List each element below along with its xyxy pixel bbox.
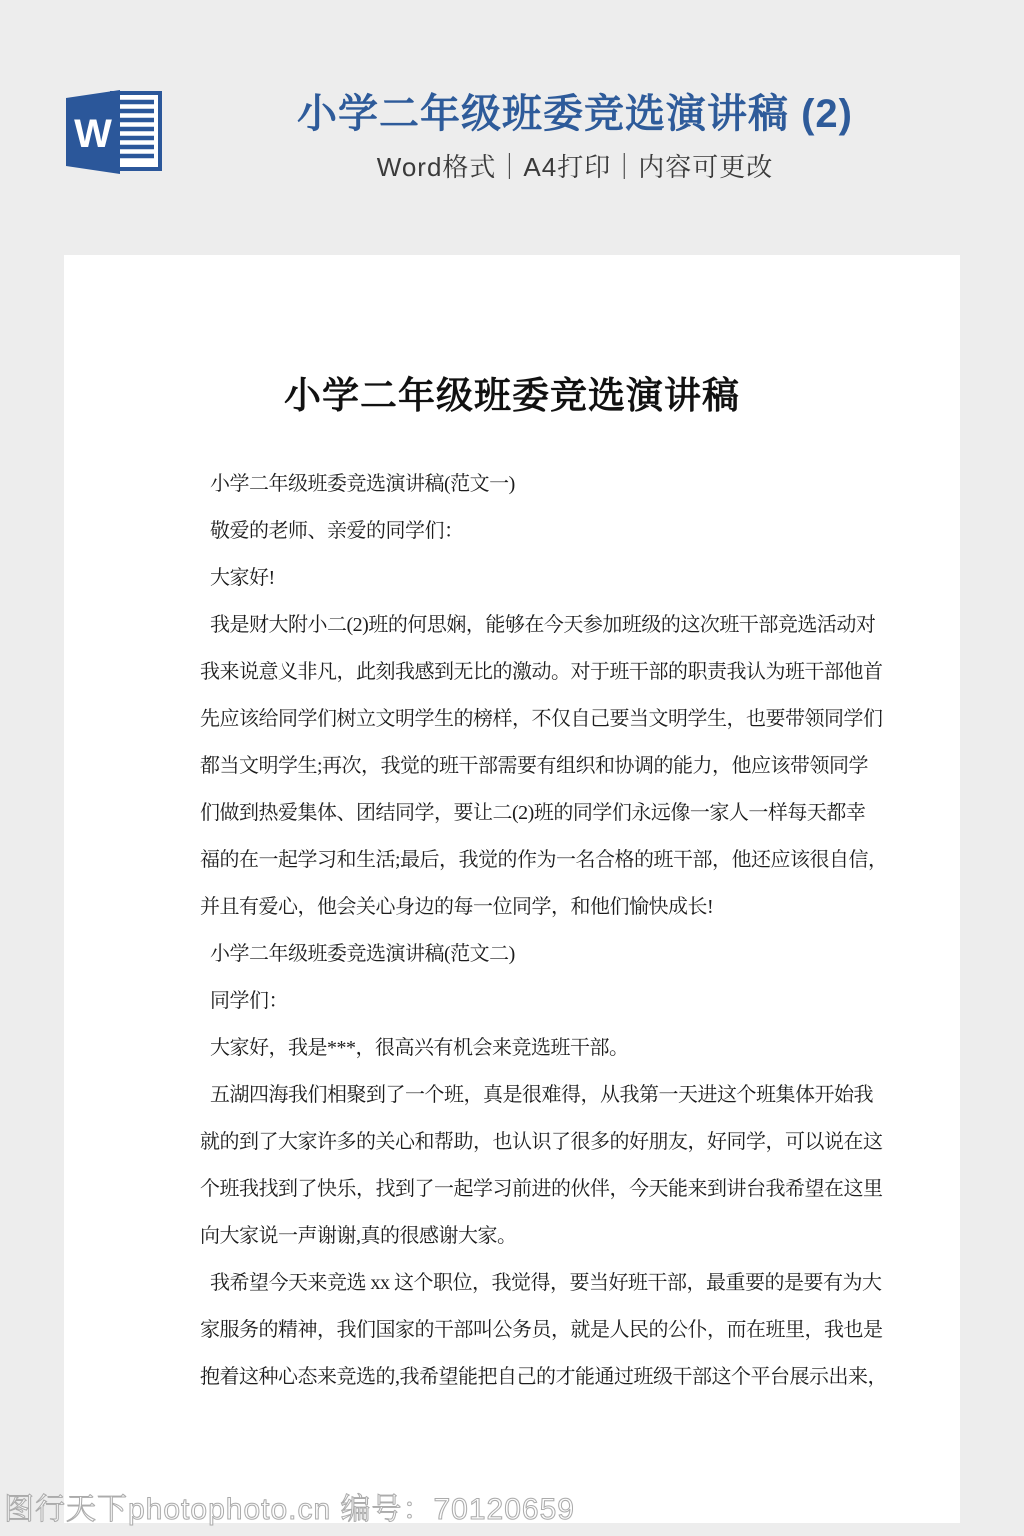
svg-text:W: W bbox=[74, 112, 112, 156]
document-line: 抱着这种心态来竞选的,我希望能把自己的才能通过班级干部这个平台展示出来， bbox=[200, 1354, 850, 1401]
document-line: 我希望今天来竞选 xx 这个职位，我觉得，要当好班干部，最重要的是要有为大 bbox=[200, 1260, 850, 1307]
watermark: 图行天下photophoto.cn 编号：70120659 bbox=[4, 1484, 575, 1528]
document-line: 先应该给同学们树立文明学生的榜样，不仅自己要当文明学生，也要带领同学们 bbox=[200, 696, 850, 743]
document-line: 们做到热爱集体、团结同学，要让二(2)班的同学们永远像一家人一样每天都幸 bbox=[200, 790, 850, 837]
document-line: 小学二年级班委竞选演讲稿(范文二) bbox=[200, 931, 850, 978]
document-line: 都当文明学生;再次，我觉的班干部需要有组织和协调的能力，他应该带领同学 bbox=[200, 743, 850, 790]
word-document-icon: W bbox=[62, 88, 166, 176]
header: W 小学二年级班委竞选演讲稿 (2) Word格式｜A4打印｜内容可更改 bbox=[0, 0, 1024, 255]
document-title: 小学二年级班委竞选演讲稿 bbox=[64, 375, 960, 419]
document-line: 家服务的精神，我们国家的干部叫公务员，就是人民的公仆，而在班里，我也是 bbox=[200, 1307, 850, 1354]
document-line: 我来说意义非凡，此刻我感到无比的激动。对于班干部的职责我认为班干部他首 bbox=[200, 649, 850, 696]
document-line: 并且有爱心，他会关心身边的每一位同学，和他们愉快成长! bbox=[200, 884, 850, 931]
document-line: 小学二年级班委竞选演讲稿(范文一) bbox=[200, 461, 850, 508]
page-subtitle: Word格式｜A4打印｜内容可更改 bbox=[165, 152, 985, 182]
document-line: 福的在一起学习和生活;最后，我觉的作为一名合格的班干部，他还应该很自信， bbox=[200, 837, 850, 884]
document-line: 大家好! bbox=[200, 555, 850, 602]
document-line: 敬爱的老师、亲爱的同学们： bbox=[200, 508, 850, 555]
document-line: 我是财大附小二(2)班的何思娴，能够在今天参加班级的这次班干部竞选活动对 bbox=[200, 602, 850, 649]
document-line: 五湖四海我们相聚到了一个班，真是很难得，从我第一天进这个班集体开始我 bbox=[200, 1072, 850, 1119]
document-line: 同学们： bbox=[200, 978, 850, 1025]
document-body: 小学二年级班委竞选演讲稿(范文一)敬爱的老师、亲爱的同学们：大家好!我是财大附小… bbox=[64, 461, 960, 1401]
document-line: 大家好，我是***，很高兴有机会来竞选班干部。 bbox=[200, 1025, 850, 1072]
document-line: 就的到了大家许多的关心和帮助，也认识了很多的好朋友，好同学，可以说在这 bbox=[200, 1119, 850, 1166]
document-line: 个班我找到了快乐，找到了一起学习前进的伙伴，今天能来到讲台我希望在这里 bbox=[200, 1166, 850, 1213]
document-line: 向大家说一声谢谢,真的很感谢大家。 bbox=[200, 1213, 850, 1260]
document-page: 小学二年级班委竞选演讲稿 小学二年级班委竞选演讲稿(范文一)敬爱的老师、亲爱的同… bbox=[64, 255, 960, 1523]
header-text: 小学二年级班委竞选演讲稿 (2) Word格式｜A4打印｜内容可更改 bbox=[165, 0, 985, 182]
page-title: 小学二年级班委竞选演讲稿 (2) bbox=[165, 90, 985, 138]
